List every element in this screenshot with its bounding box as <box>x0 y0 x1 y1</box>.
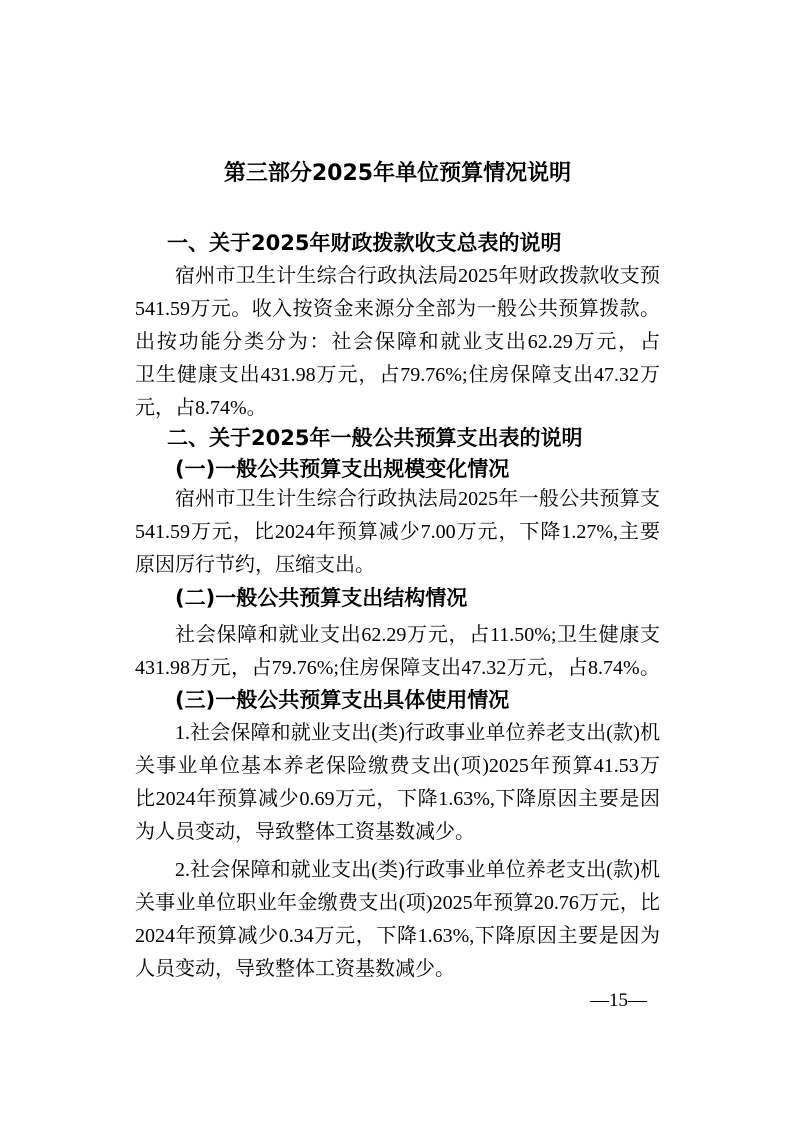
document-content: 第三部分2025年单位预算情况说明一、关于2025年财政拨款收支总表的说明宿州市… <box>135 157 660 1017</box>
paragraph-line: 社会保障和就业支出62.29万元，占11.50%;卫生健康支出 <box>135 619 660 652</box>
paragraph-line: 宿州市卫生计生综合行政执法局2025年一般公共预算支出 <box>135 483 660 516</box>
page-number: —15— <box>135 984 660 1017</box>
paragraph-line: 人员变动，导致整体工资基数减少。 <box>135 953 660 986</box>
paragraph-line: 为人员变动，导致整体工资基数减少。 <box>135 816 660 849</box>
paragraph-line: 元，占8.74%。 <box>135 392 660 425</box>
paragraph-line: 宿州市卫生计生综合行政执法局2025年财政拨款收支预算 <box>135 260 660 293</box>
paragraph-line: 关事业单位职业年金缴费支出(项)2025年预算20.76万元，比 <box>135 887 660 920</box>
paragraph-line: 541.59万元。收入按资金来源分全部为一般公共预算拨款。支 <box>135 293 660 326</box>
paragraph-line: 2024年预算减少0.34万元，下降1.63%,下降原因主要是因为 <box>135 920 660 953</box>
heading-2-1: (一)一般公共预算支出规模变化情况 <box>135 453 660 486</box>
document-page: 第三部分2025年单位预算情况说明一、关于2025年财政拨款收支总表的说明宿州市… <box>0 0 794 1122</box>
paragraph-line: 2.社会保障和就业支出(类)行政事业单位养老支出(款)机 <box>135 854 660 887</box>
para-expenditure-structure: 社会保障和就业支出62.29万元，占11.50%;卫生健康支出431.98万元，… <box>135 619 660 685</box>
heading-2-3: (三)一般公共预算支出具体使用情况 <box>135 684 660 717</box>
para-expenditure-scale-change: 宿州市卫生计生综合行政执法局2025年一般公共预算支出541.59万元，比202… <box>135 483 660 582</box>
heading-section-2: 二、关于2025年一般公共预算支出表的说明 <box>135 422 660 455</box>
paragraph-line: 1.社会保障和就业支出(类)行政事业单位养老支出(款)机 <box>135 717 660 750</box>
paragraph-line: 比2024年预算减少0.69万元，下降1.63%,下降原因主要是因 <box>135 783 660 816</box>
paragraph-line: 原因厉行节约，压缩支出。 <box>135 549 660 582</box>
paragraph-line: 关事业单位基本养老保险缴费支出(项)2025年预算41.53万元， <box>135 750 660 783</box>
paragraph-line: 出按功能分类分为：社会保障和就业支出62.29万元，占11.50%; <box>135 326 660 359</box>
para-fiscal-appropriation-overview: 宿州市卫生计生综合行政执法局2025年财政拨款收支预算541.59万元。收入按资… <box>135 260 660 425</box>
heading-section-1: 一、关于2025年财政拨款收支总表的说明 <box>135 227 660 260</box>
para-specific-use-item-1: 1.社会保障和就业支出(类)行政事业单位养老支出(款)机关事业单位基本养老保险缴… <box>135 717 660 849</box>
heading-2-2: (二)一般公共预算支出结构情况 <box>135 582 660 615</box>
para-specific-use-item-2: 2.社会保障和就业支出(类)行政事业单位养老支出(款)机关事业单位职业年金缴费支… <box>135 854 660 986</box>
doc-title: 第三部分2025年单位预算情况说明 <box>135 157 660 190</box>
paragraph-line: 431.98万元，占79.76%;住房保障支出47.32万元，占8.74%。 <box>135 652 660 685</box>
paragraph-line: 541.59万元，比2024年预算减少7.00万元，下降1.27%,主要 <box>135 516 660 549</box>
paragraph-line: 卫生健康支出431.98万元，占79.76%;住房保障支出47.32万 <box>135 359 660 392</box>
